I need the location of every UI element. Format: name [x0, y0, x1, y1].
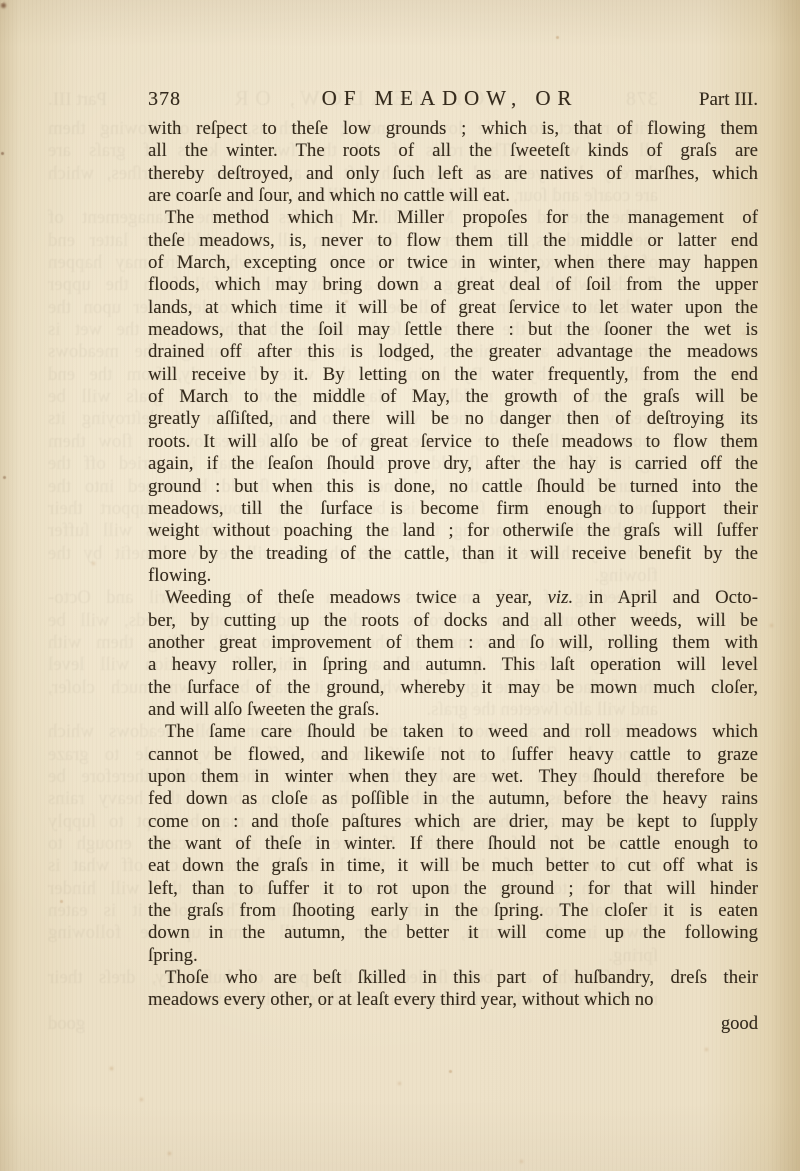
- page-number: 378: [148, 88, 238, 111]
- text-line: drained off after this is lodged, the gr…: [148, 341, 758, 363]
- text-line: all the winter. The roots of all the ſwe…: [148, 140, 758, 162]
- text-line: cannot be flowed, and likewiſe not to ſu…: [148, 744, 758, 766]
- text-line: floods, which may bring down a great dea…: [148, 274, 758, 296]
- text-line: flowing.: [148, 565, 758, 587]
- book-page: 378 OF MEADOW, OR Part III. with reſpect…: [0, 0, 800, 1171]
- text-line: the ſurface of the ground, whereby it ma…: [148, 677, 758, 699]
- text-line: weight without poaching the land ; for o…: [148, 520, 758, 542]
- part-label: Part III.: [662, 89, 758, 111]
- text-line: another great improvement of them : and …: [148, 632, 758, 654]
- text-line: The method which Mr. Miller propoſes for…: [148, 207, 758, 229]
- text-line: come on : and thoſe paſtures which are d…: [148, 811, 758, 833]
- body-text: with reſpect to theſe low grounds ; whic…: [148, 118, 758, 1012]
- text-line: roots. It will alſo be of great ſervice …: [148, 431, 758, 453]
- text-line: will receive by it. By letting on the wa…: [148, 364, 758, 386]
- text-line: the want of theſe in winter. If there ſh…: [148, 833, 758, 855]
- running-header: 378 OF MEADOW, OR Part III.: [148, 86, 758, 118]
- text-line: theſe meadows, is, never to flow them ti…: [148, 230, 758, 252]
- text-line: a heavy roller, in ſpring and autumn. Th…: [148, 654, 758, 676]
- text-line: fed down as cloſe as poſſible in the aut…: [148, 788, 758, 810]
- text-line: the graſs from ſhooting early in the ſpr…: [148, 900, 758, 922]
- running-title: OF MEADOW, OR: [238, 86, 662, 111]
- catchword-row: good: [148, 1013, 758, 1035]
- text-line: are coarſe and ſour, and which no cattle…: [148, 185, 758, 207]
- paragraph: The method which Mr. Miller propoſes for…: [148, 207, 758, 587]
- text-line: meadows every other, or at leaſt every t…: [148, 989, 758, 1011]
- text-line: thereby deſtroyed, and only ſuch left as…: [148, 163, 758, 185]
- paragraph: The ſame care ſhould be taken to weed an…: [148, 721, 758, 967]
- paper-texture: [0, 0, 3, 3]
- text-line: meadows, that the ſoil may ſettle there …: [148, 319, 758, 341]
- text-line: down in the autumn, the better it will c…: [148, 922, 758, 944]
- paragraph: with reſpect to theſe low grounds ; whic…: [148, 118, 758, 207]
- text-line: upon them in winter when they are wet. T…: [148, 766, 758, 788]
- text-line: lands, at which time it will be of great…: [148, 297, 758, 319]
- paragraph: Thoſe who are beſt ſkilled in this part …: [148, 967, 758, 1012]
- text-line: greatly aſſiſted, and there will be no d…: [148, 408, 758, 430]
- text-line: eat down the graſs in time, it will be m…: [148, 855, 758, 877]
- text-line: ſpring.: [148, 945, 758, 967]
- text-line: left, than to ſuffer it to rot upon the …: [148, 878, 758, 900]
- text-line: ground : but when this is done, no cattl…: [148, 476, 758, 498]
- text-line: and will alſo ſweeten the graſs.: [148, 699, 758, 721]
- text-line: The ſame care ſhould be taken to weed an…: [148, 721, 758, 743]
- page-content: 378 OF MEADOW, OR Part III. with reſpect…: [148, 86, 758, 1035]
- text-line: Thoſe who are beſt ſkilled in this part …: [148, 967, 758, 989]
- catchword: good: [721, 1013, 758, 1034]
- text-line: more by the treading of the cattle, than…: [148, 543, 758, 565]
- text-line: of March to the middle of May, the growt…: [148, 386, 758, 408]
- text-line: of March, excepting once or twice in win…: [148, 252, 758, 274]
- text-line: meadows, till the ſurface is become firm…: [148, 498, 758, 520]
- paragraph: Weeding of theſe meadows twice a year, v…: [148, 587, 758, 721]
- text-line: again, if the ſeaſon ſhould prove dry, a…: [148, 453, 758, 475]
- text-line: ber, by cutting up the roots of docks an…: [148, 610, 758, 632]
- text-line: with reſpect to theſe low grounds ; whic…: [148, 118, 758, 140]
- text-line: Weeding of theſe meadows twice a year, v…: [148, 587, 758, 609]
